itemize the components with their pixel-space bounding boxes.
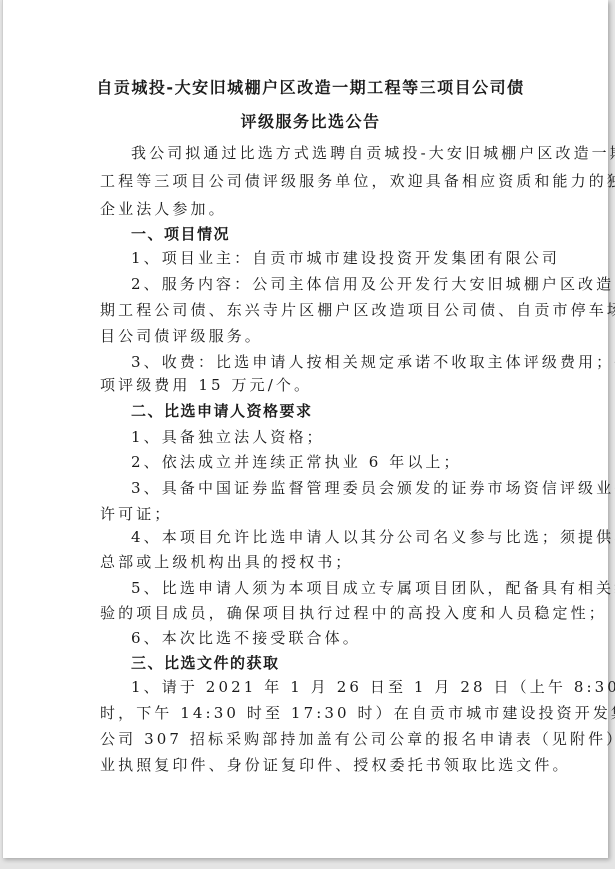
list-item: 2、依法成立并连续正常执业 6 年以上； (131, 452, 532, 472)
list-item: 3、收费：比选申请人按相关规定承诺不收取主体评级费用；债 (131, 352, 532, 372)
list-item: 1、项目业主：自贡市城市建设投资开发集团有限公司 (131, 248, 532, 268)
list-item-continuation: 业执照复印件、身份证复印件、授权委托书领取比选文件。 (100, 755, 532, 775)
list-item: 5、比选申请人须为本项目成立专属项目团队，配备具有相关经 (131, 578, 532, 598)
intro-line: 我公司拟通过比选方式选聘自贡城投-大安旧城棚户区改造一期 (131, 143, 532, 163)
document-page: 自贡城投-大安旧城棚户区改造一期工程等三项目公司债 评级服务比选公告 我公司拟通… (2, 0, 608, 858)
intro-line: 工程等三项目公司债评级服务单位，欢迎具备相应资质和能力的独立 (100, 171, 532, 191)
list-item: 3、具备中国证券监督管理委员会颁发的证券市场资信评级业务 (131, 478, 532, 498)
list-item-continuation: 项评级费用 15 万元/个。 (100, 375, 532, 395)
section-heading: 二、比选申请人资格要求 (131, 401, 532, 421)
document-title-line2: 评级服务比选公告 (3, 112, 615, 132)
list-item-continuation: 时，下午 14:30 时至 17:30 时）在自贡市城市建设投资开发集团有限 (100, 703, 532, 723)
list-item-continuation: 总部或上级机构出具的授权书； (100, 552, 532, 572)
section-heading: 三、比选文件的获取 (131, 653, 532, 673)
list-item-continuation: 许可证； (100, 504, 532, 524)
list-item-continuation: 公司 307 招标采购部持加盖有公司公章的报名申请表（见附件）、营 (100, 729, 532, 749)
intro-line: 企业法人参加。 (100, 199, 532, 219)
list-item: 6、本次比选不接受联合体。 (131, 628, 532, 648)
list-item: 1、具备独立法人资格； (131, 427, 532, 447)
list-item: 1、请于 2021 年 1 月 26 日至 1 月 28 日（上午 8:30 时… (131, 677, 532, 697)
list-item: 2、服务内容：公司主体信用及公开发行大安旧城棚户区改造一 (131, 274, 532, 294)
list-item-continuation: 期工程公司债、东兴寺片区棚户区改造项目公司债、自贡市停车场项 (100, 300, 532, 320)
list-item-continuation: 验的项目成员，确保项目执行过程中的高投入度和人员稳定性； (100, 603, 532, 623)
list-item: 4、本项目允许比选申请人以其分公司名义参与比选；须提供其 (131, 527, 532, 547)
section-heading: 一、项目情况 (131, 224, 532, 244)
document-title-line1: 自贡城投-大安旧城棚户区改造一期工程等三项目公司债 (3, 78, 615, 98)
list-item-continuation: 目公司债评级服务。 (100, 326, 532, 346)
